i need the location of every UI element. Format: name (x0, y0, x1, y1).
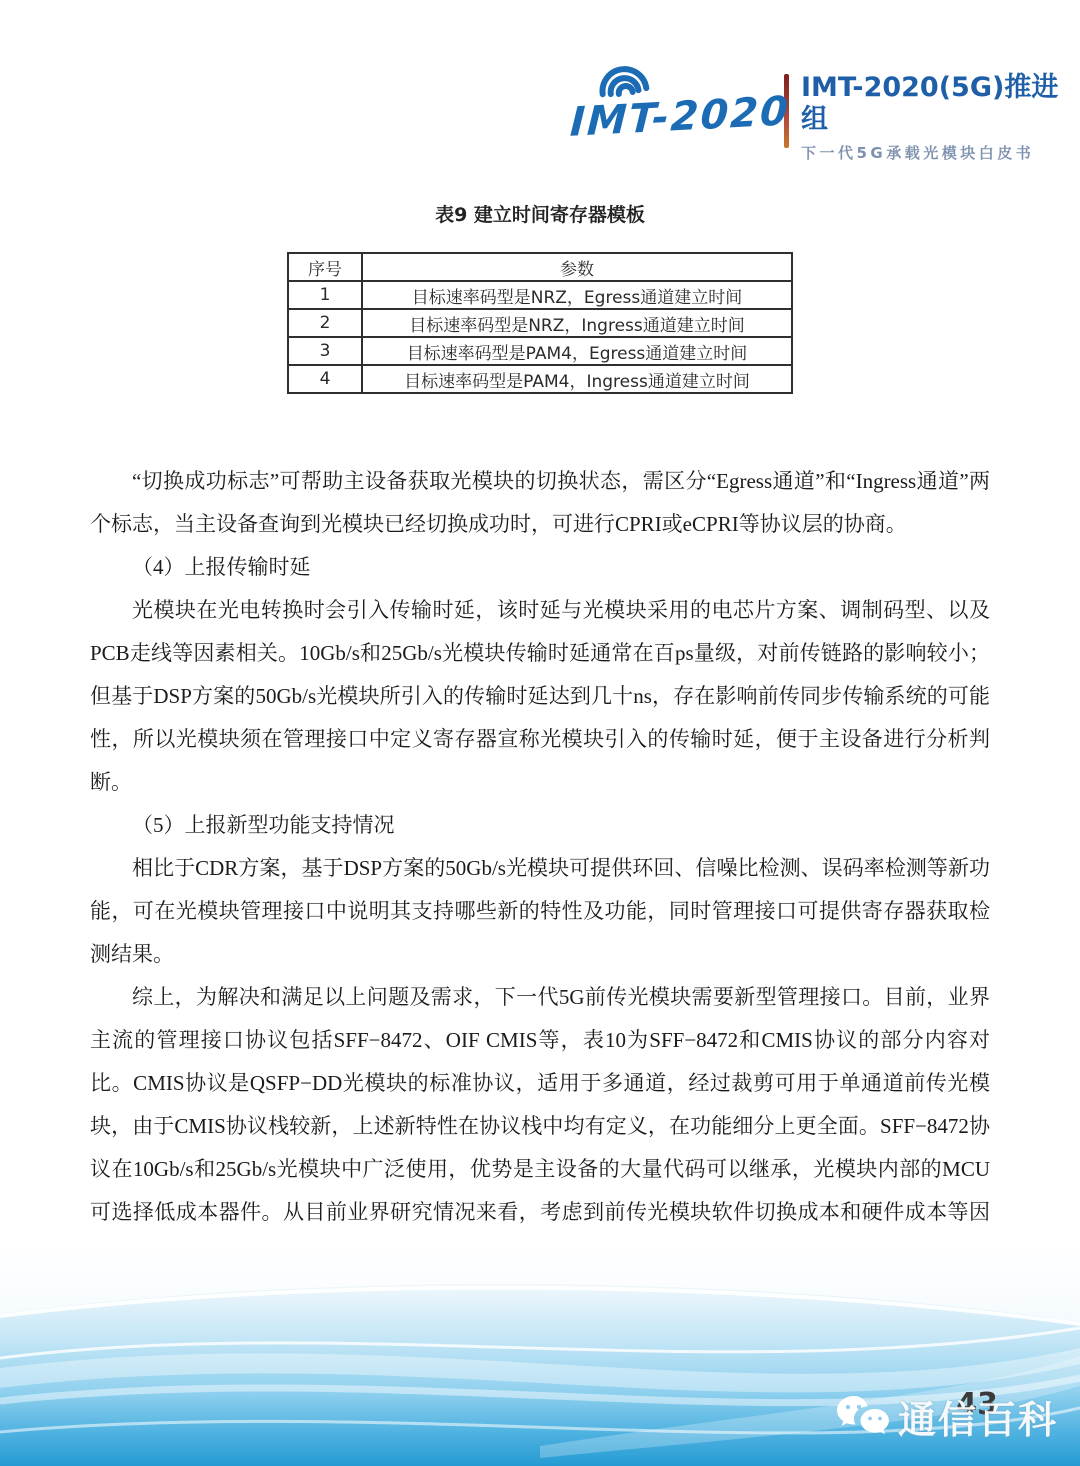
org-title: IMT-2020(5G)推进组 (801, 72, 1080, 136)
table-row: 1目标速率码型是NRZ，Egress通道建立时间 (288, 281, 792, 309)
cell-parameter: 目标速率码型是NRZ，Ingress通道建立时间 (362, 309, 792, 337)
table-row: 4目标速率码型是PAM4，Ingress通道建立时间 (288, 365, 792, 393)
body-paragraph: 综上，为解决和满足以上问题及需求，下一代5G前传光模块需要新型管理接口。目前，业… (90, 976, 990, 1277)
page-header: IMT-2020 IMT-2020(5G)推进组 下一代5G承载光模块白皮书 (570, 60, 1080, 163)
register-table-body: 1目标速率码型是NRZ，Egress通道建立时间2目标速率码型是NRZ，Ingr… (288, 281, 792, 393)
cell-index: 1 (288, 281, 362, 309)
table-row: 2目标速率码型是NRZ，Ingress通道建立时间 (288, 309, 792, 337)
list-subheading: （4）上报传输时延 (90, 546, 990, 589)
wechat-icon (836, 1394, 890, 1440)
watermark: 通信百科 (836, 1389, 1058, 1444)
imt2020-logo: IMT-2020 (570, 60, 774, 152)
register-table: 序号 参数 1目标速率码型是NRZ，Egress通道建立时间2目标速率码型是NR… (287, 252, 793, 394)
cell-index: 2 (288, 309, 362, 337)
cell-parameter: 目标速率码型是NRZ，Egress通道建立时间 (362, 281, 792, 309)
document-page: IMT-2020 IMT-2020(5G)推进组 下一代5G承载光模块白皮书 表… (0, 0, 1080, 1466)
column-header-index: 序号 (288, 253, 362, 281)
body-paragraph: “切换成功标志”可帮助主设备获取光模块的切换状态，需区分“Egress通道”和“… (90, 460, 990, 546)
header-titles: IMT-2020(5G)推进组 下一代5G承载光模块白皮书 (801, 72, 1080, 163)
table-row: 3目标速率码型是PAM4，Egress通道建立时间 (288, 337, 792, 365)
cell-parameter: 目标速率码型是PAM4，Ingress通道建立时间 (362, 365, 792, 393)
paragraphs: “切换成功标志”可帮助主设备获取光模块的切换状态，需区分“Egress通道”和“… (90, 460, 990, 1277)
cell-index: 3 (288, 337, 362, 365)
table-caption: 表9 建立时间寄存器模板 (90, 200, 990, 227)
watermark-text: 通信百科 (898, 1389, 1058, 1444)
list-subheading: （5）上报新型功能支持情况 (90, 804, 990, 847)
org-subtitle: 下一代5G承载光模块白皮书 (801, 142, 1080, 163)
page-content: 表9 建立时间寄存器模板 序号 参数 1目标速率码型是NRZ，Egress通道建… (90, 200, 990, 1277)
table-header-row: 序号 参数 (288, 253, 792, 281)
column-header-parameter: 参数 (362, 253, 792, 281)
cell-index: 4 (288, 365, 362, 393)
body-paragraph: 相比于CDR方案，基于DSP方案的50Gb/s光模块可提供环回、信噪比检测、误码… (90, 847, 990, 976)
cell-parameter: 目标速率码型是PAM4，Egress通道建立时间 (362, 337, 792, 365)
body-paragraph: 光模块在光电转换时会引入传输时延，该时延与光模块采用的电芯片方案、调制码型、以及… (90, 589, 990, 804)
